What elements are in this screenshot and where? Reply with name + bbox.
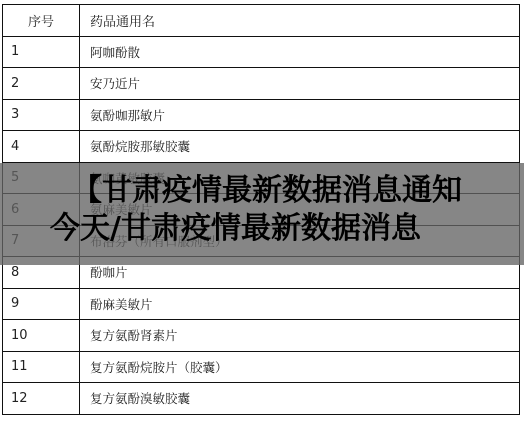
cell-drug-name: 氨酚烷胺那敏胶囊 xyxy=(80,131,520,163)
table-header-row: 序号 药品通用名 xyxy=(3,5,520,37)
cell-drug-name: 复方氨酚溴敏胶囊 xyxy=(80,383,520,415)
table-row: 11复方氨酚烷胺片（胶囊） xyxy=(3,351,520,383)
table-row: 12复方氨酚溴敏胶囊 xyxy=(3,383,520,415)
table-row: 9酚麻美敏片 xyxy=(3,288,520,320)
table-row: 1阿咖酚散 xyxy=(3,36,520,68)
table-row: 4氨酚烷胺那敏胶囊 xyxy=(3,131,520,163)
cell-drug-name: 氨酚咖那敏片 xyxy=(80,99,520,131)
headline-line-1: 【甘肃疫情最新数据消息通知 xyxy=(72,173,462,209)
table-row: 2安乃近片 xyxy=(3,68,520,100)
header-drug-name: 药品通用名 xyxy=(80,5,520,37)
cell-drug-name: 安乃近片 xyxy=(80,68,520,100)
cell-serial-number: 10 xyxy=(3,320,80,352)
cell-serial-number: 2 xyxy=(3,68,80,100)
headline-overlay: 【甘肃疫情最新数据消息通知 今天/甘肃疫情最新数据消息 xyxy=(0,163,524,265)
cell-drug-name: 复方氨酚肾素片 xyxy=(80,320,520,352)
cell-drug-name: 酚麻美敏片 xyxy=(80,288,520,320)
cell-drug-name: 阿咖酚散 xyxy=(80,36,520,68)
cell-serial-number: 11 xyxy=(3,351,80,383)
cell-serial-number: 12 xyxy=(3,383,80,415)
cell-serial-number: 9 xyxy=(3,288,80,320)
headline-line-2: 今天/甘肃疫情最新数据消息 xyxy=(50,211,421,247)
header-serial-number: 序号 xyxy=(3,5,80,37)
table-row: 10复方氨酚肾素片 xyxy=(3,320,520,352)
table-row: 3氨酚咖那敏片 xyxy=(3,99,520,131)
cell-serial-number: 1 xyxy=(3,36,80,68)
cell-drug-name: 复方氨酚烷胺片（胶囊） xyxy=(80,351,520,383)
cell-serial-number: 3 xyxy=(3,99,80,131)
cell-serial-number: 4 xyxy=(3,131,80,163)
